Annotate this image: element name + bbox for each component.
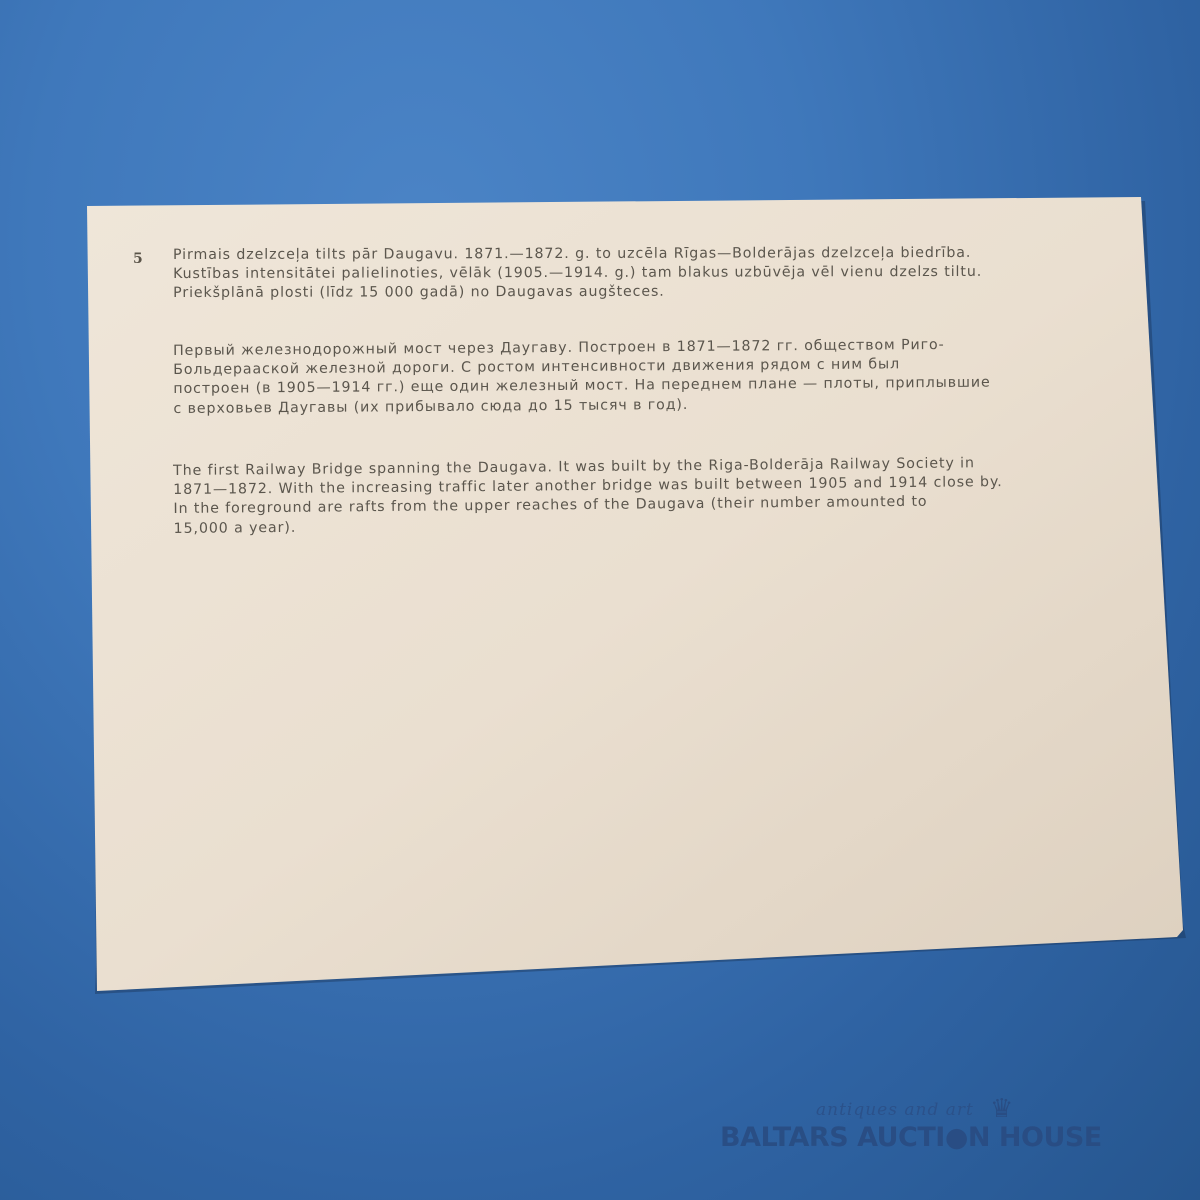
- caption-line: Pirmais dzelzceļa tilts pār Daugavu. 187…: [173, 244, 1093, 266]
- latvian-caption: Pirmais dzelzceļa tilts pār Daugavu. 187…: [173, 244, 1093, 304]
- crown-icon: ♛: [990, 1094, 1013, 1124]
- caption-line: Priekšplānā plosti (līdz 15 000 gadā) no…: [173, 282, 1093, 304]
- watermark-tagline: antiques and art: [816, 1100, 974, 1120]
- english-caption: The first Railway Bridge spanning the Da…: [173, 453, 1094, 539]
- watermark-name: BALTARS AUCTI●N HOUSE: [720, 1122, 1102, 1153]
- caption-line: Kustības intensitātei palielinoties, vēl…: [173, 263, 1093, 285]
- russian-caption: Первый железнодорожный мост через Даугав…: [173, 335, 1094, 419]
- card-number: 5: [133, 251, 143, 267]
- watermark: antiques and art ♛ BALTARS AUCTI●N HOUSE: [720, 1100, 1140, 1170]
- postcard-text: 5 Pirmais dzelzceļa tilts pār Daugavu. 1…: [0, 0, 1200, 1200]
